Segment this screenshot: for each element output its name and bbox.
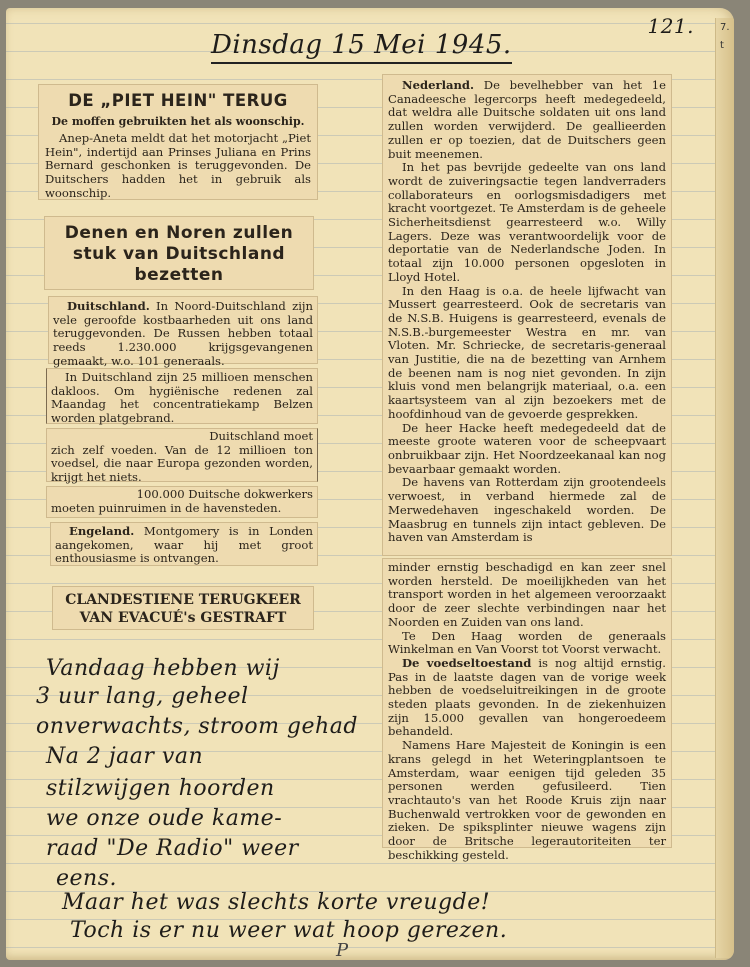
clipping-voedsel: Duitschland moet zich zelf voeden. Van d…	[46, 428, 318, 482]
handwritten-line: stilzwijgen hoorden	[46, 776, 275, 801]
article-lead: Engeland.	[69, 524, 134, 538]
clipping-nederland: Nederland. De bevelhebber van het 1e Can…	[382, 74, 672, 556]
article-body: In Duitschland zijn 25 millioen menschen…	[51, 371, 313, 426]
date-heading: Dinsdag 15 Mei 1945.	[211, 30, 512, 64]
article-paragraph: Nederland. De bevelhebber van het 1e Can…	[388, 79, 666, 161]
clipping-engeland: Engeland. Montgomery is in Londen aangek…	[50, 522, 318, 566]
article-body: Duitschland. In Noord-Duitschland zijn v…	[53, 300, 313, 369]
clipping-piet-hein: DE „PIET HEIN" TERUG De moffen gebruikte…	[38, 84, 318, 200]
article-paragraph: Namens Hare Majesteit de Koningin is een…	[388, 739, 666, 862]
handwritten-line: Toch is er nu weer wat hoop gerezen.	[70, 918, 507, 943]
handwritten-line: Vandaag hebben wij	[46, 656, 280, 681]
edge-mark: t	[720, 40, 724, 51]
page-number: 121.	[647, 14, 694, 38]
subheadline: De moffen gebruikten het als woonschip.	[45, 115, 311, 128]
bottom-mark: P	[336, 940, 348, 960]
headline-line: CLANDESTIENE TERUGKEER	[55, 591, 311, 609]
handwritten-line: Maar het was slechts korte vreugde!	[62, 890, 490, 915]
article-paragraph: In het pas bevrijde gedeelte van ons lan…	[388, 161, 666, 284]
headline: DE „PIET HEIN" TERUG	[45, 91, 311, 111]
headline-line: stuk van Duitschland	[49, 244, 309, 265]
clipping-daklozen: In Duitschland zijn 25 millioen menschen…	[46, 368, 318, 424]
handwritten-line: onverwachts, stroom gehad	[36, 714, 358, 739]
article-paragraph: De heer Hacke heeft medegedeeld dat de m…	[388, 422, 666, 477]
article-body: Anep-Aneta meldt dat het motorjacht „Pie…	[45, 132, 311, 201]
article-paragraph: De voedseltoestand is nog altijd ernstig…	[388, 657, 666, 739]
headline-line: VAN EVACUÉ's GESTRAFT	[55, 609, 311, 627]
article-paragraph: De havens van Rotterdam zijn grootendeel…	[388, 476, 666, 545]
article-body: Engeland. Montgomery is in Londen aangek…	[55, 525, 313, 566]
clipping-clandestiene: CLANDESTIENE TERUGKEER VAN EVACUÉ's GEST…	[52, 586, 314, 630]
edge-mark: 7.	[720, 22, 730, 33]
headline-line: bezetten	[49, 265, 309, 286]
article-line: moeten puinruimen in de havensteden.	[51, 502, 313, 516]
article-lead: De voedseltoestand	[402, 656, 531, 670]
handwritten-line: eens.	[56, 866, 117, 891]
article-paragraph: In den Haag is o.a. de heele lijfwacht v…	[388, 285, 666, 422]
headline-line: Denen en Noren zullen	[49, 223, 309, 244]
handwritten-line: Na 2 jaar van	[46, 744, 203, 769]
handwritten-line: 3 uur lang, geheel	[36, 684, 249, 709]
article-paragraph: minder ernstig beschadigd en kan zeer sn…	[388, 561, 666, 630]
clipping-duitschland: Duitschland. In Noord-Duitschland zijn v…	[48, 296, 318, 364]
article-paragraph: Te Den Haag worden de generaals Winkelma…	[388, 630, 666, 657]
article-line: 100.000 Duitsche dokwerkers	[51, 488, 313, 502]
clipping-denen-noren: Denen en Noren zullen stuk van Duitschla…	[44, 216, 314, 290]
clipping-dokwerkers: 100.000 Duitsche dokwerkers moeten puinr…	[46, 486, 318, 518]
diary-page: 7. t Dinsdag 15 Mei 1945. 121. DE „PIET …	[6, 8, 734, 960]
article-line: Duitschland moet	[51, 430, 313, 444]
article-lead: Nederland.	[402, 78, 474, 92]
page-edge: 7. t	[715, 18, 734, 958]
handwritten-line: we onze oude kame-	[46, 806, 282, 831]
article-body: zich zelf voeden. Van de 12 millioen ton…	[51, 444, 313, 485]
article-lead: Duitschland.	[67, 299, 150, 313]
handwritten-line: raad "De Radio" weer	[46, 836, 299, 861]
clipping-nederland-continued: minder ernstig beschadigd en kan zeer sn…	[382, 558, 672, 848]
